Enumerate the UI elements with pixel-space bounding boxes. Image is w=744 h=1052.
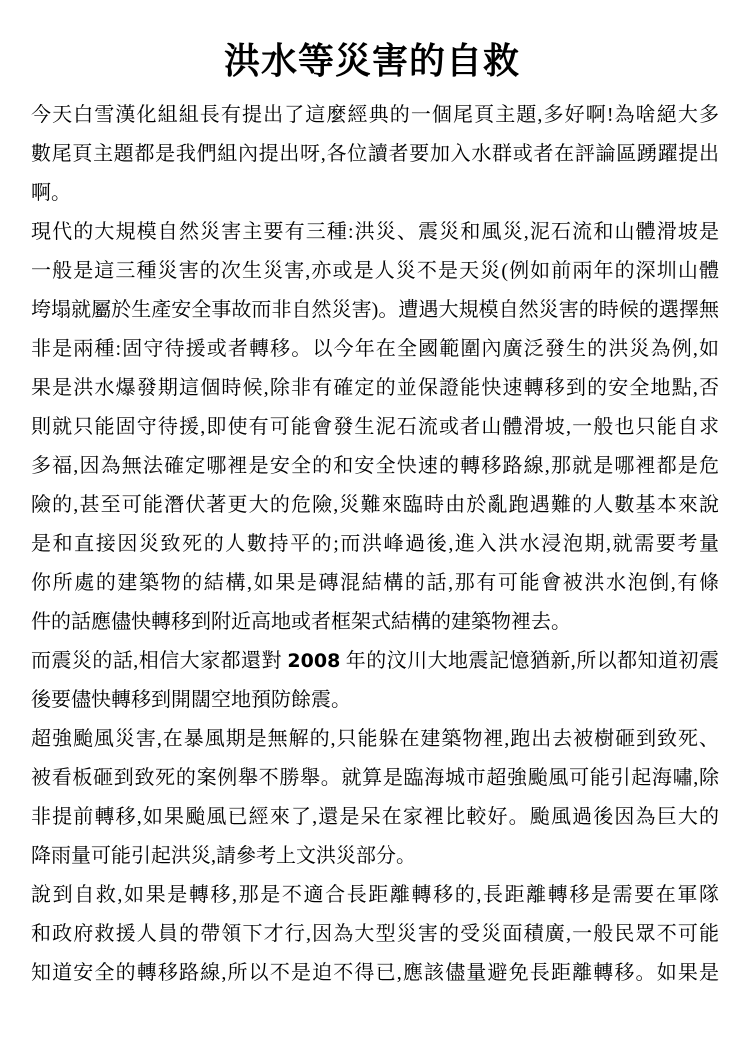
text-line: 現代的大規模自然災害主要有三種:洪災、震災和風災,泥石流和山體滑坡是 xyxy=(31,213,719,252)
document-title: 洪水等災害的自救 xyxy=(0,0,744,82)
text-line: 垮塌就屬於生產安全事故而非自然災害)。遭遇大規模自然災害的時候的選擇無 xyxy=(31,291,719,330)
paragraph: 而震災的話,相信大家都還對 2008 年的汶川大地震記憶猶新,所以都知道初震 後… xyxy=(31,642,719,720)
text-line: 險的,甚至可能潛伏著更大的危險,災難來臨時由於亂跑遇難的人數基本來說 xyxy=(31,486,719,525)
text-line: 件的話應儘快轉移到附近高地或者框架式結構的建築物裡去。 xyxy=(31,603,719,642)
text-line: 知道安全的轉移路線,所以不是迫不得已,應該儘量避免長距離轉移。如果是 xyxy=(31,954,719,993)
document-page: 洪水等災害的自救 今天白雪漢化組組長有提出了這麼經典的一個尾頁主題,多好啊!為啥… xyxy=(0,0,744,1052)
document-body: 今天白雪漢化組組長有提出了這麼經典的一個尾頁主題,多好啊!為啥絕大多 數尾頁主題… xyxy=(0,96,744,993)
text-line: 果是洪水爆發期這個時候,除非有確定的並保證能快速轉移到的安全地點,否 xyxy=(31,369,719,408)
paragraph: 超強颱風災害,在暴風期是無解的,只能躲在建築物裡,跑出去被樹砸到致死、 被看板砸… xyxy=(31,720,719,876)
text-line: 你所處的建築物的結構,如果是磚混結構的話,那有可能會被洪水泡倒,有條 xyxy=(31,564,719,603)
text-line: 啊。 xyxy=(31,174,719,213)
text-segment: 年的汶川大地震記憶猶新,所以都知道初震 xyxy=(340,650,719,672)
year-number: 2008 xyxy=(287,650,340,672)
text-line: 說到自救,如果是轉移,那是不適合長距離轉移的,長距離轉移是需要在軍隊 xyxy=(31,876,719,915)
text-line: 數尾頁主題都是我們組內提出呀,各位讀者要加入水群或者在評論區踴躍提出 xyxy=(31,135,719,174)
text-line: 多福,因為無法確定哪裡是安全的和安全快速的轉移路線,那就是哪裡都是危 xyxy=(31,447,719,486)
text-line: 被看板砸到致死的案例舉不勝舉。就算是臨海城市超強颱風可能引起海嘯,除 xyxy=(31,759,719,798)
text-line: 非提前轉移,如果颱風已經來了,還是呆在家裡比較好。颱風過後因為巨大的 xyxy=(31,798,719,837)
text-line: 和政府救援人員的帶領下才行,因為大型災害的受災面積廣,一般民眾不可能 xyxy=(31,915,719,954)
text-line: 超強颱風災害,在暴風期是無解的,只能躲在建築物裡,跑出去被樹砸到致死、 xyxy=(31,720,719,759)
text-segment: 而震災的話,相信大家都還對 xyxy=(31,650,287,672)
text-line: 一般是這三種災害的次生災害,亦或是人災不是天災(例如前兩年的深圳山體 xyxy=(31,252,719,291)
paragraph: 說到自救,如果是轉移,那是不適合長距離轉移的,長距離轉移是需要在軍隊 和政府救援… xyxy=(31,876,719,993)
paragraph: 現代的大規模自然災害主要有三種:洪災、震災和風災,泥石流和山體滑坡是 一般是這三… xyxy=(31,213,719,642)
text-line: 今天白雪漢化組組長有提出了這麼經典的一個尾頁主題,多好啊!為啥絕大多 xyxy=(31,96,719,135)
text-line: 降雨量可能引起洪災,請參考上文洪災部分。 xyxy=(31,837,719,876)
text-line: 則就只能固守待援,即使有可能會發生泥石流或者山體滑坡,一般也只能自求 xyxy=(31,408,719,447)
text-line: 而震災的話,相信大家都還對 2008 年的汶川大地震記憶猶新,所以都知道初震 xyxy=(31,642,719,681)
paragraph: 今天白雪漢化組組長有提出了這麼經典的一個尾頁主題,多好啊!為啥絕大多 數尾頁主題… xyxy=(31,96,719,213)
text-line: 是和直接因災致死的人數持平的;而洪峰過後,進入洪水浸泡期,就需要考量 xyxy=(31,525,719,564)
text-line: 非是兩種:固守待援或者轉移。以今年在全國範圍內廣泛發生的洪災為例,如 xyxy=(31,330,719,369)
text-line: 後要儘快轉移到開闊空地預防餘震。 xyxy=(31,681,719,720)
